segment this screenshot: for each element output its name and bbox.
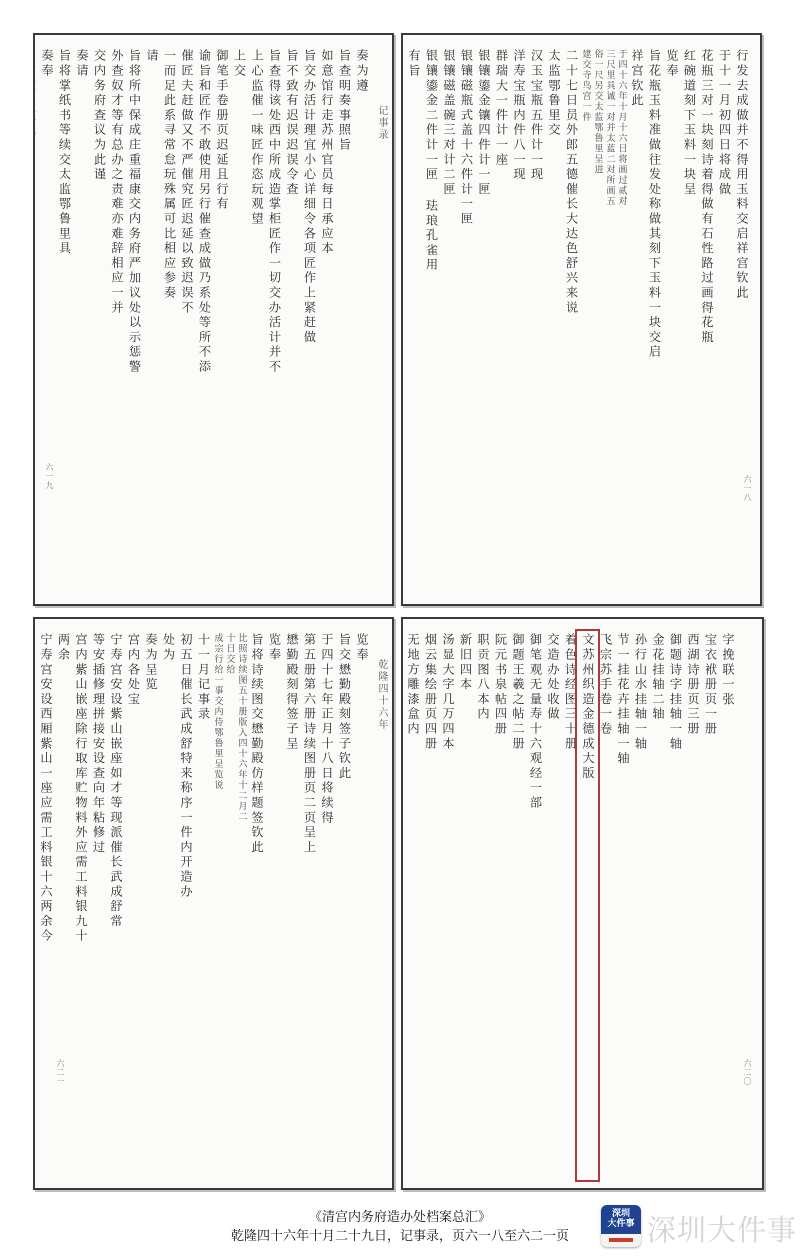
text-column: 交造办处收做 [544, 633, 562, 1178]
text-column: 飞宗苏手卷一卷 [596, 633, 614, 1178]
text-column: 旨查得该处西中所成造掌柜匠作一切交办活计并不 [265, 49, 283, 594]
highlighted-entry: 文苏州织造金德成大版 [579, 633, 597, 1178]
page-number: 六一九 [44, 463, 55, 490]
document-page-620: 字挽联一张宝衣袱册页一册西湖诗册页三册御题诗字挂轴一轴金花挂轴二轴孙行山水挂轴一… [401, 617, 764, 1190]
text-column: 等安插修理拼接安设查向年粘修过 [89, 633, 107, 1178]
text-column: 宁寿宫安设紫山嵌座如才等现派催长武成舒常 [107, 633, 125, 1178]
text-column: 有旨 [405, 49, 423, 594]
text-column: 汉玉宝瓶五件计一现 [527, 49, 545, 594]
document-page-619: 记事录 奏为遵旨查明奏事照旨如意馆行走苏州官员每日承应本旨交办活计理宜小心详细令… [33, 33, 394, 606]
text-column: 两余 [54, 633, 72, 1178]
text-column: 旨将掌纸书等续交太监鄂鲁里具 [55, 49, 73, 594]
page-number: 六二一 [55, 1059, 66, 1086]
text-column: 上交 [230, 49, 248, 594]
text-column: 旨花瓶玉料准做往发处称做其刻下玉料一块交启 [645, 49, 663, 594]
text-column: 俗一尺另交太监鄂鲁里呈进 [592, 49, 604, 594]
page-edge-label: 记事录 [374, 105, 389, 141]
figure-caption: 《清宫内务府造办处档案总汇》 乾隆四十六年十月二十九日，记事录，页六一八至六二一… [190, 1208, 610, 1246]
document-page-621: 乾隆四十六年 览奉旨交懋勤殿刻签子钦此于四十七年正月十八日将续得第五册第六册诗续… [33, 617, 394, 1190]
text-column: 西湖诗册页三册 [684, 633, 702, 1178]
text-column: 一而足此系寻常怠玩殊属可比相应参奏 [160, 49, 178, 594]
text-column: 旨交懋勤殿刻签子钦此 [335, 633, 353, 1178]
text-column: 红碗道刻下玉料一块呈 [680, 49, 698, 594]
text-column: 十一月记事录 [194, 633, 212, 1178]
text-column: 花瓶三对一块刻诗着得做有石性路过画得花瓶 [698, 49, 716, 594]
text-column: 银镶鎏金镶四件计一匣 [475, 49, 493, 594]
text-column: 群瑞大一件计一座 [492, 49, 510, 594]
text-column: 祥宫钦此 [628, 49, 646, 594]
text-column: 览奉 [663, 49, 681, 594]
text-column: 孙行山水挂轴一轴 [631, 633, 649, 1178]
caption-source-title: 《清宫内务府造办处档案总汇》 [190, 1208, 610, 1227]
text-column: 奏为遵 [353, 49, 371, 594]
text-column: 御笔观无量寿十六观经一部 [526, 633, 544, 1178]
text-column: 旨交办活计理宜小心详细令各项匠作上紧赶做 [300, 49, 318, 594]
text-column: 十日交给 [224, 633, 236, 1178]
text-column: 御题诗字挂轴一轴 [666, 633, 684, 1178]
page-number: 六二〇 [742, 1059, 753, 1086]
text-column: 旨将诗续图交懋勤殿仿样题签钦此 [248, 633, 266, 1178]
text-column: 交内务府查议为此谨 [90, 49, 108, 594]
text-column: 比照诗续图五十册版入四十六年十二月二 [236, 633, 248, 1178]
page-number: 六一八 [742, 475, 753, 502]
text-column: 于十一月初四日将成做 [715, 49, 733, 594]
text-column: 烟云集绘册页四册 [421, 633, 439, 1178]
text-column: 奏请 [73, 49, 91, 594]
text-column: 三尺里具诚一对并太蓝二对所画五 [604, 49, 616, 594]
text-column: 外查奴才等有总办之责难亦难辞相应一并 [108, 49, 126, 594]
text-columns: 奏为遵旨查明奏事照旨如意馆行走苏州官员每日承应本旨交办活计理宜小心详细令各项匠作… [45, 49, 370, 594]
text-column: 职贡图八本内 [474, 633, 492, 1178]
text-column: 宝衣袱册页一册 [701, 633, 719, 1178]
text-column: 新旧四本 [456, 633, 474, 1178]
text-column: 银镶磁盖碗三对计二匣 [440, 49, 458, 594]
text-column: 洋寿宝瓶内件八一现 [510, 49, 528, 594]
text-column: 处为 [159, 633, 177, 1178]
caption-record-details: 乾隆四十六年十月二十九日，记事录，页六一八至六二一页 [190, 1227, 610, 1246]
text-column: 行发去成做并不得用玉料交启祥宫钦此 [733, 49, 751, 594]
text-column: 谕旨和匠作不敢使用另行催查成做乃系处等所不添 [195, 49, 213, 594]
text-column: 上心监催一味匠作恣玩观望 [248, 49, 266, 594]
logo-accent-bar [609, 1238, 633, 1242]
text-column: 宫内各处宝 [124, 633, 142, 1178]
text-column: 御笔手卷册页迟延且行有 [213, 49, 231, 594]
text-column: 金花挂轴二轴 [649, 633, 667, 1178]
text-column: 节一挂花卉挂轴一轴 [614, 633, 632, 1178]
text-column: 成宗行给一事交内侍鄂鲁里呈览说 [212, 633, 224, 1178]
text-column: 览奉 [265, 633, 283, 1178]
text-column: 无地方雕漆盒内 [404, 633, 422, 1178]
brand-watermark: 深圳大件事 [647, 1208, 797, 1249]
text-column: 如意馆行走苏州官员每日承应本 [318, 49, 336, 594]
logo-text: 深圳 大件事 [601, 1205, 641, 1234]
text-column: 建交寺鸟宫一件 [580, 49, 592, 594]
text-column: 旨将所中保成庄重福康交内务府严加议处以示惩警 [125, 49, 143, 594]
text-column: 御题王羲之帖二册 [509, 633, 527, 1178]
text-column: 初五日催长武成舒特来称序一件内开造办 [177, 633, 195, 1178]
page-edge-label: 乾隆四十六年 [374, 659, 389, 731]
text-column: 宫内紫山嵌座除行取库贮物料外应需工料银九十 [72, 633, 90, 1178]
text-column: 请 [143, 49, 161, 594]
text-column: 宁寿宫安设西厢紫山一座应需工料银十六两余今 [37, 633, 55, 1178]
text-column: 奏为呈览 [142, 633, 160, 1178]
text-column: 着色诗经图三十册 [561, 633, 579, 1178]
text-column: 奏奉 [38, 49, 56, 594]
text-column: 银镶磁瓶式盖十六件计一匣 [457, 49, 475, 594]
text-column: 二十七日员外郎五德催长大达色舒兴来说 [562, 49, 580, 594]
brand-logo-icon: 深圳 大件事 [601, 1205, 641, 1247]
text-columns: 字挽联一张宝衣袱册页一册西湖诗册页三册御题诗字挂轴一轴金花挂轴二轴孙行山水挂轴一… [409, 633, 736, 1178]
text-column: 于四十七年正月十八日将续得 [318, 633, 336, 1178]
text-column: 阮元书泉帖四册 [491, 633, 509, 1178]
text-column: 懋勤殿刻得签子呈 [283, 633, 301, 1178]
text-column: 催匠夫赶做又不严催究匠迟延以致迟误不 [178, 49, 196, 594]
text-column: 银镶鎏金二件计一匣 珐琅孔雀用 [422, 49, 440, 594]
text-columns: 览奉旨交懋勤殿刻签子钦此于四十七年正月十八日将续得第五册第六册诗续图册页二页呈上… [45, 633, 370, 1178]
text-column: 览奉 [353, 633, 371, 1178]
text-column: 太监鄂鲁里交 [545, 49, 563, 594]
text-column: 第五册第六册诗续图册页二页呈上 [300, 633, 318, 1178]
text-column: 旨查明奏事照旨 [335, 49, 353, 594]
document-page-618: 行发去成做并不得用玉料交启祥宫钦此于十一月初四日将成做花瓶三对一块刻诗着得做有石… [401, 33, 762, 606]
text-column: 字挽联一张 [719, 633, 737, 1178]
text-columns: 行发去成做并不得用玉料交启祥宫钦此于十一月初四日将成做花瓶三对一块刻诗着得做有石… [409, 49, 750, 594]
text-column: 旨不致有迟误迟误令查 [283, 49, 301, 594]
text-column: 汤显大字几万四本 [439, 633, 457, 1178]
text-column: 于四十六年十月十六日将画过贰对 [616, 49, 628, 594]
